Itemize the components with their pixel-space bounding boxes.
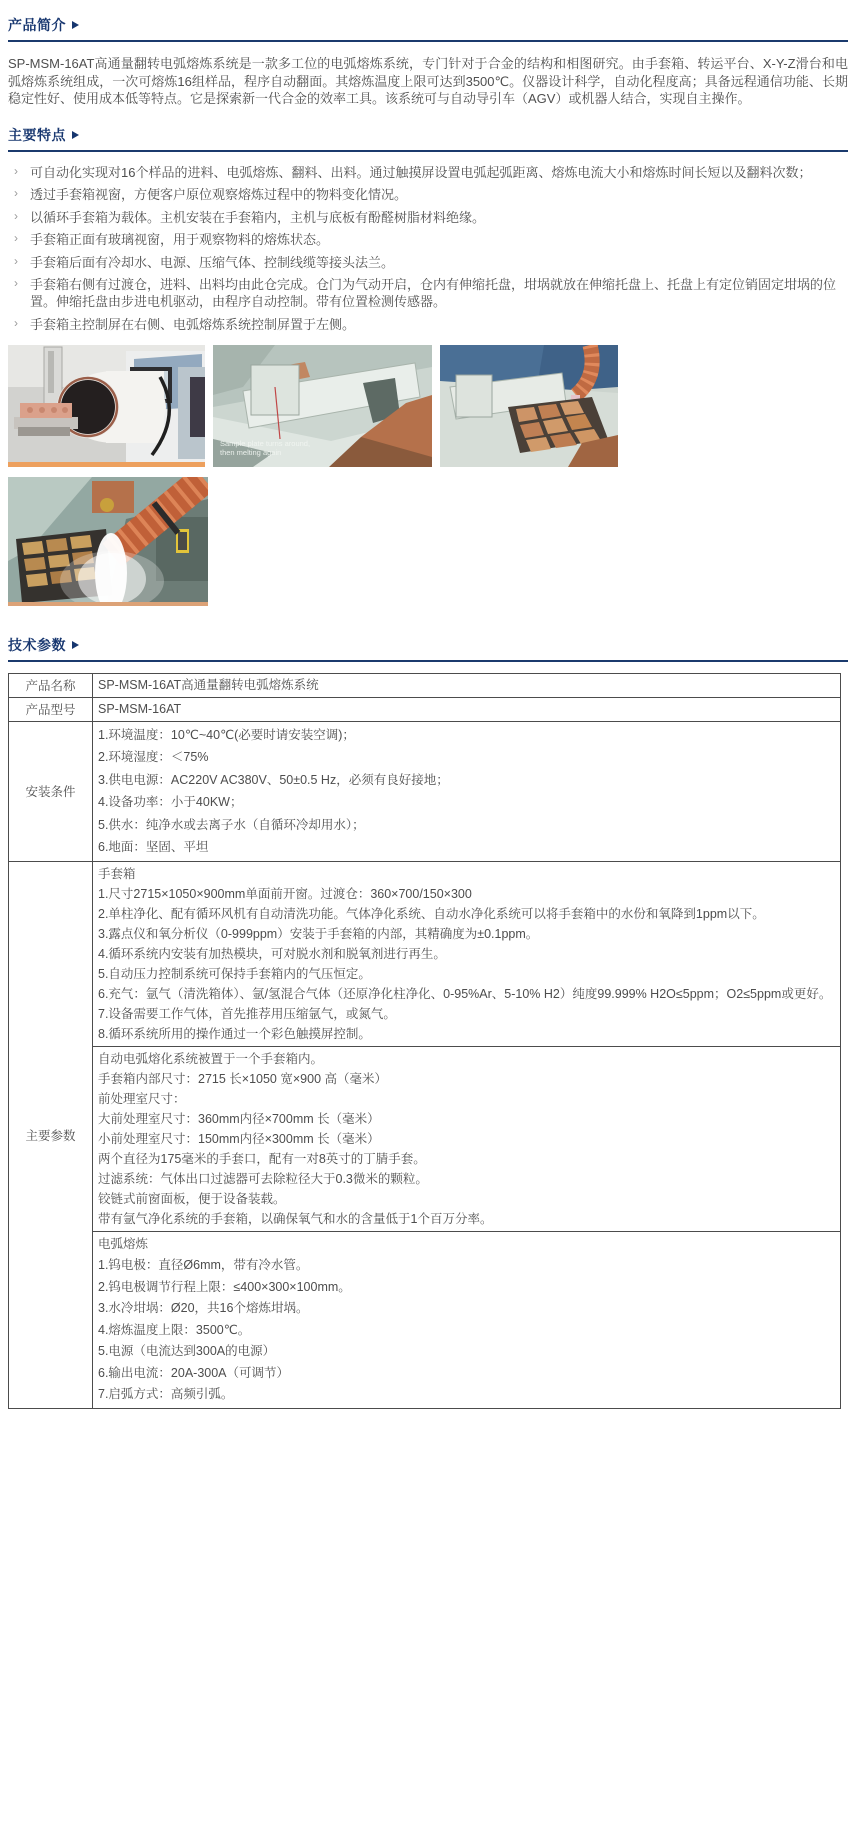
spec-line: 6.充气：氩气（清洗箱体）、氩/氢混合气体（还原净化柱净化、0-95%Ar、5-…: [98, 984, 835, 1004]
spec-label: 安装条件: [9, 721, 93, 861]
sample-plate-photo-graphic: [440, 345, 618, 467]
section-header-intro: 产品简介: [8, 0, 848, 35]
feature-item: 透过手套箱视窗，方便客户原位观察熔炼过程中的物料变化情况。: [8, 186, 848, 203]
feature-text: 以循环手套箱为载体。主机安装在手套箱内，主机与底板有酚醛树脂材料绝缘。: [30, 210, 485, 225]
spec-label: 产品型号: [9, 697, 93, 721]
spec-line: 手套箱内部尺寸：2715 长×1050 宽×900 高（毫米）: [98, 1069, 835, 1089]
spec-line: 两个直径为175毫米的手套口，配有一对8英寸的丁腈手套。: [98, 1149, 835, 1169]
feature-text: 可自动化实现对16个样品的进料、电弧熔炼、翻料、出料。通过触摸屏设置电弧起弧距离…: [30, 165, 811, 180]
spec-value-group: 自动电弧熔化系统被置于一个手套箱内。 手套箱内部尺寸：2715 长×1050 宽…: [93, 1046, 841, 1231]
feature-text: 手套箱后面有冷却水、电源、压缩气体、控制线缆等接头法兰。: [30, 255, 394, 270]
product-photo-bench-caption: Sample plate turns around, then melting …: [213, 345, 432, 467]
feature-item: 手套箱右侧有过渡仓，进料、出料均由此仓完成。仓门为气动开启，仓内有伸缩托盘，坩埚…: [8, 276, 848, 310]
spec-line: 3.露点仪和氧分析仪（0-999ppm）安装于手套箱的内部，其精确度为±0.1p…: [98, 924, 835, 944]
spec-line: 5.自动压力控制系统可保持手套箱内的气压恒定。: [98, 964, 835, 984]
feature-item: 手套箱正面有玻璃视窗，用于观察物料的熔炼状态。: [8, 231, 848, 248]
spec-line: 过滤系统：气体出口过滤器可去除粒径大于0.3微米的颗粒。: [98, 1169, 835, 1189]
section-header-specs: 技术参数: [8, 606, 848, 655]
photo-caption: Sample plate turns around, then melting …: [220, 439, 320, 457]
spec-line: 2.钨电极调节行程上限：≤400×300×100mm。: [98, 1277, 835, 1299]
spec-line: 5.供水：纯净水或去离子水（自循环冷却用水）；: [98, 814, 835, 837]
arc-melting-photo-graphic: [8, 477, 208, 606]
feature-item: 以循环手套箱为载体。主机安装在手套箱内，主机与底板有酚醛树脂材料绝缘。: [8, 209, 848, 226]
spec-line: 自动电弧熔化系统被置于一个手套箱内。: [98, 1049, 835, 1069]
spec-line: 1.环境温度：10℃~40℃(必要时请安装空调)；: [98, 724, 835, 747]
spec-line: 大前处理室尺寸：360mm内径×700mm 长（毫米）: [98, 1109, 835, 1129]
spec-value-group: 手套箱 1.尺寸2715×1050×900mm单面前开窗。过渡仓：360×700…: [93, 861, 841, 1046]
glovebox-photo-graphic: [8, 345, 205, 467]
spec-value-group: 1.环境温度：10℃~40℃(必要时请安装空调)； 2.环境湿度：＜75% 3.…: [93, 721, 841, 861]
spec-line: 1.钨电极：直径Ø6mm，带有冷水管。: [98, 1255, 835, 1277]
spec-label: 主要参数: [9, 861, 93, 1408]
spec-row-main-params-arc-system: 自动电弧熔化系统被置于一个手套箱内。 手套箱内部尺寸：2715 长×1050 宽…: [9, 1046, 841, 1231]
section-title: 主要特点: [8, 125, 66, 145]
spec-line: 4.设备功率：小于40KW；: [98, 791, 835, 814]
feature-text: 透过手套箱视窗，方便客户原位观察熔炼过程中的物料变化情况。: [30, 187, 407, 202]
spec-table: 产品名称 SP-MSM-16AT高通量翻转电弧熔炼系统 产品型号 SP-MSM-…: [8, 673, 841, 1409]
spec-row-product-name: 产品名称 SP-MSM-16AT高通量翻转电弧熔炼系统: [9, 673, 841, 697]
spec-line: 4.熔炼温度上限：3500℃。: [98, 1320, 835, 1342]
feature-text: 手套箱主控制屏在右侧、电弧熔炼系统控制屏置于左侧。: [30, 317, 355, 332]
section-header-features: 主要特点: [8, 108, 848, 145]
spec-value: SP-MSM-16AT高通量翻转电弧熔炼系统: [93, 673, 841, 697]
spec-value-group: 电弧熔炼 1.钨电极：直径Ø6mm，带有冷水管。 2.钨电极调节行程上限：≤40…: [93, 1231, 841, 1408]
intro-paragraph: SP-MSM-16AT高通量翻转电弧熔炼系统是一款多工位的电弧熔炼系统，专门针对…: [8, 55, 848, 108]
feature-item: 可自动化实现对16个样品的进料、电弧熔炼、翻料、出料。通过触摸屏设置电弧起弧距离…: [8, 164, 848, 181]
spec-row-install-conditions: 安装条件 1.环境温度：10℃~40℃(必要时请安装空调)； 2.环境湿度：＜7…: [9, 721, 841, 861]
section-divider: [8, 660, 848, 662]
spec-label: 产品名称: [9, 673, 93, 697]
spec-line: 3.供电电源：AC220V AC380V、50±0.5 Hz，必须有良好接地；: [98, 769, 835, 792]
triangle-arrow-icon: [72, 641, 79, 649]
spec-value: SP-MSM-16AT: [93, 697, 841, 721]
spec-row-main-params-glovebox: 主要参数 手套箱 1.尺寸2715×1050×900mm单面前开窗。过渡仓：36…: [9, 861, 841, 1046]
feature-item: 手套箱主控制屏在右侧、电弧熔炼系统控制屏置于左侧。: [8, 316, 848, 333]
spec-line: 前处理室尺寸：: [98, 1089, 835, 1109]
spec-line: 4.循环系统内安装有加热模块，可对脱水剂和脱氧剂进行再生。: [98, 944, 835, 964]
spec-line: 7.设备需要工作气体，首先推荐用压缩氩气，或氮气。: [98, 1004, 835, 1024]
feature-item: 手套箱后面有冷却水、电源、压缩气体、控制线缆等接头法兰。: [8, 254, 848, 271]
section-title: 技术参数: [8, 635, 66, 655]
photo-row: [8, 477, 848, 606]
section-divider: [8, 150, 848, 152]
feature-list: 可自动化实现对16个样品的进料、电弧熔炼、翻料、出料。通过触摸屏设置电弧起弧距离…: [8, 164, 848, 333]
triangle-arrow-icon: [72, 21, 79, 29]
spec-line: 电弧熔炼: [98, 1234, 835, 1256]
spec-line: 2.单柱净化、配有循环风机有自动清洗功能。气体净化系统、自动水净化系统可以将手套…: [98, 904, 835, 924]
spec-line: 铰链式前窗面板，便于设备装载。: [98, 1189, 835, 1209]
spec-line: 手套箱: [98, 864, 835, 884]
triangle-arrow-icon: [72, 131, 79, 139]
product-photo-sample-plate: [440, 345, 618, 467]
spec-line: 5.电源（电流达到300A的电源）: [98, 1341, 835, 1363]
product-page: 产品简介 SP-MSM-16AT高通量翻转电弧熔炼系统是一款多工位的电弧熔炼系统…: [0, 0, 856, 1409]
spec-line: 6.地面：坚固、平坦: [98, 836, 835, 859]
spec-line: 8.循环系统所用的操作通过一个彩色触摸屏控制。: [98, 1024, 835, 1044]
section-divider: [8, 40, 848, 42]
spec-line: 6.输出电流：20A-300A（可调节）: [98, 1363, 835, 1385]
spec-row-main-params-arc-melting: 电弧熔炼 1.钨电极：直径Ø6mm，带有冷水管。 2.钨电极调节行程上限：≤40…: [9, 1231, 841, 1408]
product-photo-arc-melting: [8, 477, 208, 606]
product-photo-glovebox: [8, 345, 205, 467]
feature-text: 手套箱右侧有过渡仓，进料、出料均由此仓完成。仓门为气动开启，仓内有伸缩托盘，坩埚…: [30, 277, 836, 309]
spec-line: 1.尺寸2715×1050×900mm单面前开窗。过渡仓：360×700/150…: [98, 884, 835, 904]
photo-row: Sample plate turns around, then melting …: [8, 345, 848, 467]
spec-line: 7.启弧方式：高频引弧。: [98, 1384, 835, 1406]
spec-line: 3.水冷坩埚：Ø20，共16个熔炼坩埚。: [98, 1298, 835, 1320]
spec-line: 带有氩气净化系统的手套箱，以确保氧气和水的含量低于1个百万分率。: [98, 1209, 835, 1229]
section-title: 产品简介: [8, 15, 66, 35]
spec-row-product-model: 产品型号 SP-MSM-16AT: [9, 697, 841, 721]
spec-line: 小前处理室尺寸：150mm内径×300mm 长（毫米）: [98, 1129, 835, 1149]
feature-text: 手套箱正面有玻璃视窗，用于观察物料的熔炼状态。: [30, 232, 329, 247]
spec-line: 2.环境湿度：＜75%: [98, 746, 835, 769]
